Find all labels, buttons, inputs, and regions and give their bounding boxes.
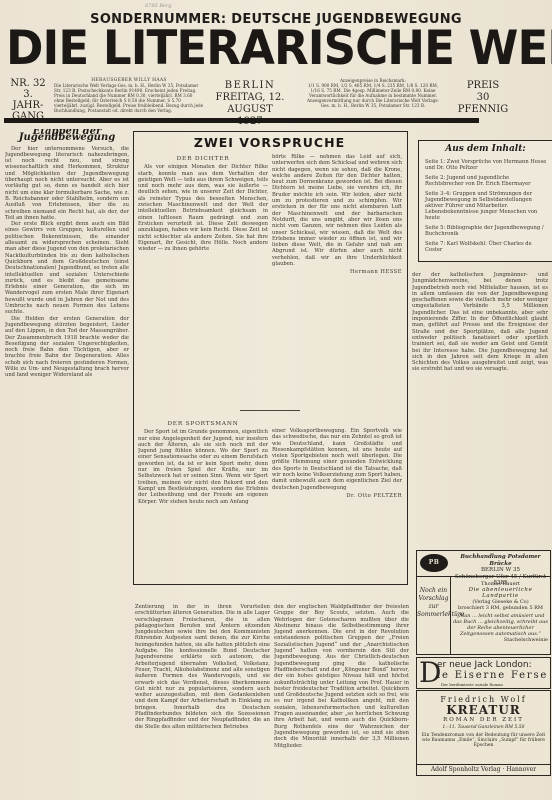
sportsmann-text-right: einer Volkssportbewegung. Ein Sportvolk … — [272, 428, 402, 491]
issue-info: NR. 32 3. JAHR- GANG — [8, 78, 48, 122]
book-price: broschiert 3 RM, gebunden 5 RM — [453, 605, 548, 611]
contents-box: Aus dem Inhalt: Seite 1: Zwei Vorsprüche… — [418, 140, 552, 262]
section-separator — [240, 410, 300, 411]
bookshop-name: Buchhandlung Potsdamer Brücke — [453, 554, 548, 567]
contents-item: Seite 2: Jugend und jugendliche Rechtsbr… — [425, 175, 549, 187]
book-recommendation: Thomas Rauert Die abenteuerliche Landpar… — [453, 581, 548, 643]
city: BERLIN — [200, 80, 300, 92]
jack-london-ad: D er neue Jack London: ie Eiserne Ferse … — [416, 657, 551, 689]
contents-item: Seite 5: Bibliographie der Jugendbewegun… — [425, 225, 549, 237]
left-article: Etappen der Jugendbewegung Der hier unte… — [5, 129, 129, 795]
dichter-right: hörte Rilke — nehmen das Leid auf sich, … — [272, 154, 402, 409]
editor-text: Die Literarische Welt Verlags-Ges. m. b.… — [54, 83, 204, 113]
wolf-publisher: Adolf Sponholtz Verlag · Hannover — [417, 764, 550, 775]
lower-center-left: Zentierung in der in ihren Vorurteilen e… — [135, 604, 270, 794]
london-line3: Der berühmteste soziale Roman — [441, 682, 503, 687]
ad-prices-text: 1/1 S. 900 RM, 1/2 S. 465 RM, 1/4 S. 235… — [303, 83, 443, 108]
right-column-text: der der katholischen Jungmänner- und Jun… — [412, 272, 548, 547]
dichter-heading: DER DICHTER — [138, 156, 268, 162]
lower-center-right: den der englischen Waldpfadfinder der fr… — [274, 604, 409, 794]
left-article-paragraph: Die Helden der ersten Generation der Jug… — [5, 316, 129, 379]
price-unit: PFENNIG — [448, 104, 518, 116]
dichter-text-right: hörte Rilke — nehmen das Leid auf sich, … — [272, 154, 402, 267]
price-label: PREIS — [448, 80, 518, 92]
masthead-rule — [4, 118, 479, 123]
editor-block: HERAUSGEBER WILLY HAAS Die Literarische … — [54, 78, 204, 113]
volume-line1: 3. JAHR- — [8, 89, 48, 111]
wolf-title: KREATUR — [417, 704, 550, 717]
book-quote: „Man ... leicht selbst amüsiert und das … — [453, 613, 548, 637]
sportsmann-text-left: Der Sport ist im Grunde genommen, eigent… — [138, 429, 268, 505]
price-block: PREIS 30 PFENNIG — [448, 80, 518, 116]
contents-item: Seite 3–4: Gruppen und Strömungen der Ju… — [425, 191, 549, 221]
left-article-paragraph: Der erste Blick ergibt denn auch ein Bil… — [5, 221, 129, 315]
hesse-signature: Hermann HESSE — [272, 269, 402, 275]
contents-title: Aus dem Inhalt: — [419, 144, 552, 154]
summer-reading-note: Noch ein Vorschlag zur Sommerlektüre — [417, 577, 451, 654]
peltzer-signature: Dr. Otto PELTZER — [272, 493, 402, 499]
sportsmann-right: einer Volkssportbewegung. Ein Sportvolk … — [272, 428, 402, 580]
london-line2: ie Eiserne Ferse — [437, 670, 548, 681]
contents-item: Seite 7: Karl Wolfskehl: Über Charles de… — [425, 241, 549, 253]
lower-right-text: den der englischen Waldpfadfinder der fr… — [274, 604, 409, 749]
info-bar: NR. 32 3. JAHR- GANG HERAUSGEBER WILLY H… — [0, 78, 552, 118]
date: FREITAG, 12. AUGUST — [200, 92, 300, 116]
wolf-blurb: Ein Tendenzroman von der Bedeutung für u… — [421, 733, 546, 749]
left-article-paragraph: Der hier unternommene Versuch, die Jugen… — [5, 146, 129, 222]
kreatur-ad: Friedrich Wolf KREATUR ROMAN DER ZEIT 1.… — [416, 690, 551, 776]
lower-left-text: Zentierung in der in ihren Vorurteilen e… — [135, 604, 270, 730]
pencil-note: 8785 Berg — [145, 3, 195, 8]
book-title: Die abenteuerliche Landpartie — [453, 587, 548, 599]
right-column-paragraph: der der katholischen Jungmänner- und Jun… — [412, 272, 548, 373]
dichter-left: DER DICHTER Als vor einigen Monaten der … — [138, 154, 268, 409]
contents-item: Seite 1: Zwei Vorsprüche von Hermann Hes… — [425, 159, 549, 171]
center-box-title: ZWEI VORSPRUCHE — [133, 135, 406, 150]
price-value: 30 — [448, 92, 518, 104]
sportsmann-left: DER SPORTSMANN Der Sport ist im Grunde g… — [138, 419, 268, 579]
issue-number: NR. 32 — [8, 78, 48, 89]
bookshop-logo-icon: PB — [420, 554, 448, 572]
london-line1: er neue Jack London: — [437, 660, 532, 670]
bookshop-ad: PB Buchhandlung Potsdamer Brücke BERLIN … — [416, 550, 551, 655]
dichter-text-left: Als vor einigen Monaten der Dichter Rilk… — [138, 164, 268, 252]
newspaper-page: 8785 Berg SONDERNUMMER: DEUTSCHE JUGENDB… — [0, 0, 552, 800]
bookshop-header: PB Buchhandlung Potsdamer Brücke BERLIN … — [417, 551, 550, 577]
wolf-edition: 1.–11. Tausend Ganzleinen RM 5.50 — [417, 725, 550, 730]
masthead-title: DIE LITERARISCHE WELT — [6, 24, 472, 74]
ad-prices-block: Anzeigenpreise in Reichsmark: 1/1 S. 900… — [303, 78, 443, 108]
sportsmann-heading: DER SPORTSMANN — [138, 421, 268, 427]
wolf-subtitle: ROMAN DER ZEIT — [417, 717, 550, 723]
quote-source: Stachelschweinie — [453, 637, 548, 643]
left-article-title: Etappen der Jugendbewegung — [5, 129, 129, 142]
